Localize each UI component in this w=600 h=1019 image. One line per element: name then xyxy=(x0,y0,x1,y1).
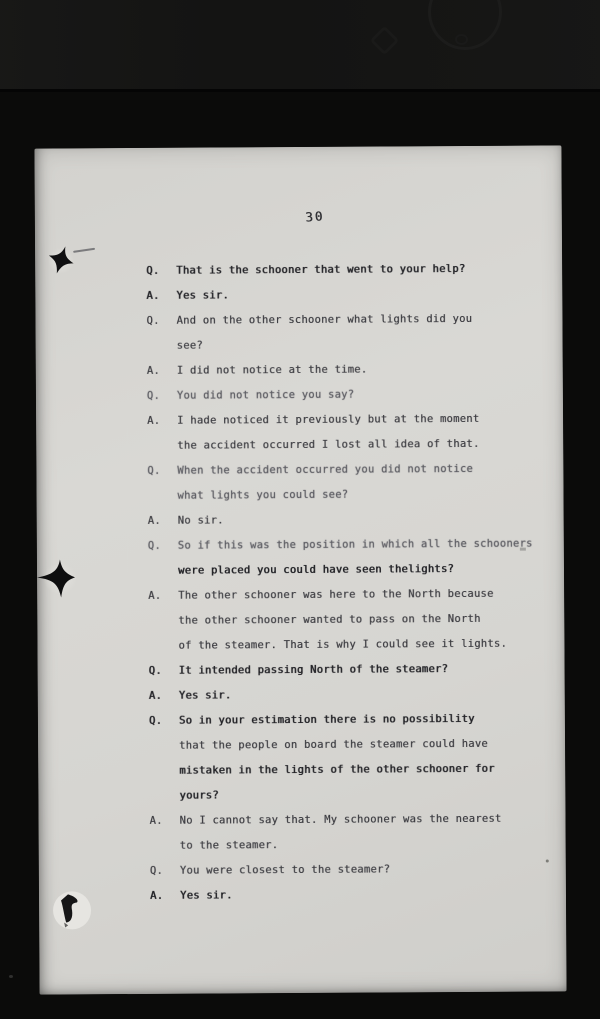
small-speck-icon xyxy=(455,34,468,45)
transcript-line: A.Yes sir. xyxy=(150,881,560,909)
speaker-label xyxy=(150,834,180,859)
speaker-label: A. xyxy=(148,584,178,609)
transcript-line: A.I did not notice at the time. xyxy=(147,356,557,384)
speck xyxy=(546,859,549,862)
scanned-photo: 30 Q.That is the schooner that went to y… xyxy=(0,0,600,1019)
speaker-label xyxy=(148,559,178,584)
transcript: Q.That is the schooner that went to your… xyxy=(146,256,560,908)
transcript-line: the other schooner wanted to pass on the… xyxy=(148,606,558,634)
line-text: see? xyxy=(177,334,203,359)
transcript-line: Q.So if this was the position in which a… xyxy=(148,531,558,559)
transcript-line: A.Yes sir. xyxy=(149,681,559,709)
transcript-line: A.The other schooner was here to the Nor… xyxy=(148,581,558,609)
diamond-mark-icon xyxy=(370,26,400,56)
transcript-line: see? xyxy=(147,331,557,359)
speaker-label xyxy=(149,734,179,759)
line-text: I hade noticed it previously but at the … xyxy=(177,407,479,434)
line-text: mistaken in the lights of the other scho… xyxy=(179,757,495,784)
transcript-line: A.No sir. xyxy=(148,506,558,534)
speaker-label: A. xyxy=(149,684,179,709)
transcript-line: Q.That is the schooner that went to your… xyxy=(146,256,556,284)
speaker-label: A. xyxy=(150,884,180,909)
speaker-label: Q. xyxy=(149,659,179,684)
line-text: So in your estimation there is no possib… xyxy=(179,707,475,734)
transcript-line: Q.So in your estimation there is no poss… xyxy=(149,706,559,734)
speaker-label: Q. xyxy=(150,859,180,884)
line-text: You were closest to the steamer? xyxy=(180,857,390,883)
transcript-line: Q.And on the other schooner what lights … xyxy=(146,306,556,334)
transcript-line: A.I hade noticed it previously but at th… xyxy=(147,406,557,434)
line-text: No I cannot say that. My schooner was th… xyxy=(179,807,501,834)
speaker-label: Q. xyxy=(147,384,177,409)
speaker-label xyxy=(148,634,178,659)
speaker-label xyxy=(147,434,177,459)
line-text: Yes sir. xyxy=(176,283,229,308)
speaker-label: A. xyxy=(147,359,177,384)
line-text: yours? xyxy=(179,784,219,809)
speaker-label: Q. xyxy=(149,709,179,734)
speaker-label xyxy=(147,334,177,359)
line-text: of the steamer. That is why I could see … xyxy=(178,632,507,659)
speaker-label: A. xyxy=(147,409,177,434)
line-text: It intended passing North of the steamer… xyxy=(179,657,449,684)
line-text: Yes sir. xyxy=(180,883,233,908)
speck xyxy=(9,975,13,978)
line-text: When the accident occurred you did not n… xyxy=(177,457,473,484)
transcript-line: Q.You did not notice you say? xyxy=(147,381,557,409)
transcript-line: Q.You were closest to the steamer? xyxy=(150,856,560,884)
line-text: to the steamer. xyxy=(180,833,279,859)
speaker-label: Q. xyxy=(146,309,176,334)
punch-tear-star-icon xyxy=(37,556,83,600)
line-text: No sir. xyxy=(178,508,224,533)
speck xyxy=(520,548,526,551)
line-text: the other schooner wanted to pass on the… xyxy=(178,607,480,634)
line-text: The other schooner was here to the North… xyxy=(178,582,494,609)
line-text: I did not notice at the time. xyxy=(177,358,368,384)
transcript-line: that the people on board the steamer cou… xyxy=(149,731,559,759)
film-header-band xyxy=(0,0,600,90)
speaker-label: Q. xyxy=(146,259,176,284)
speaker-label: A. xyxy=(149,809,179,834)
line-text: You did not notice you say? xyxy=(177,383,355,409)
transcript-line: the accident occurred I lost all idea of… xyxy=(147,431,557,459)
punch-tear-star-icon xyxy=(43,242,79,278)
line-text: the accident occurred I lost all idea of… xyxy=(177,432,479,459)
speaker-label xyxy=(149,759,179,784)
speaker-label: Q. xyxy=(147,459,177,484)
line-text: Yes sir. xyxy=(179,683,232,708)
speaker-label xyxy=(147,484,177,509)
speaker-label xyxy=(148,609,178,634)
transcript-line: were placed you could have seen thelight… xyxy=(148,556,558,584)
line-text: And on the other schooner what lights di… xyxy=(176,307,472,334)
speaker-label: Q. xyxy=(148,534,178,559)
transcript-line: of the steamer. That is why I could see … xyxy=(148,631,558,659)
line-text: were placed you could have seen thelight… xyxy=(178,557,454,584)
line-text: what lights you could see? xyxy=(177,483,348,509)
transcript-line: mistaken in the lights of the other scho… xyxy=(149,756,559,784)
speaker-label: A. xyxy=(146,284,176,309)
transcript-line: A.No I cannot say that. My schooner was … xyxy=(149,806,559,834)
page-number: 30 xyxy=(284,207,345,227)
transcript-line: what lights you could see? xyxy=(147,481,557,509)
transcript-line: Q.When the accident occurred you did not… xyxy=(147,456,557,484)
film-seam xyxy=(0,89,600,92)
line-text: that the people on board the steamer cou… xyxy=(179,732,488,759)
speaker-label xyxy=(149,784,179,809)
line-text: That is the schooner that went to your h… xyxy=(176,257,465,284)
document-page: 30 Q.That is the schooner that went to y… xyxy=(34,145,566,994)
transcript-line: Q.It intended passing North of the steam… xyxy=(149,656,559,684)
line-text: So if this was the position in which all… xyxy=(178,532,533,559)
speaker-label: A. xyxy=(148,509,178,534)
transcript-line: A.Yes sir. xyxy=(146,281,556,309)
transcript-line: to the steamer. xyxy=(150,831,560,859)
transcript-line: yours? xyxy=(149,781,559,809)
torn-hole-icon xyxy=(51,888,93,932)
